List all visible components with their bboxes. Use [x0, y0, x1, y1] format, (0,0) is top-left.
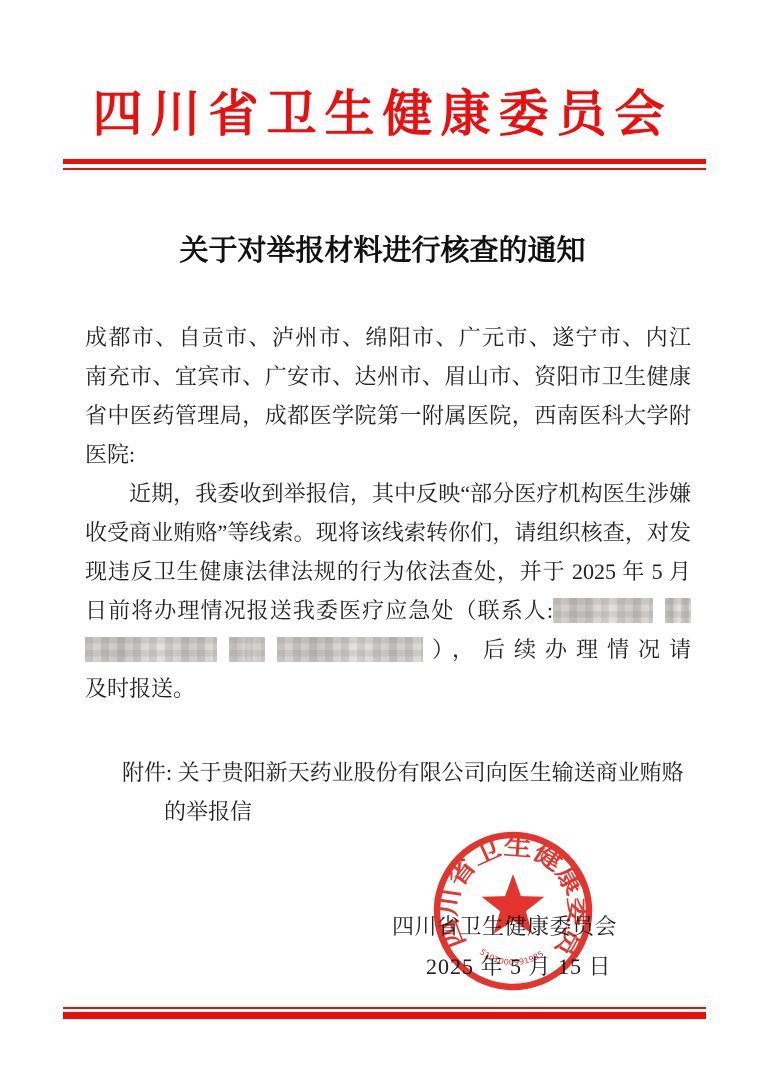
recipient-line: 省中医药管理局，成都医学院第一附属医院，西南医科大学附属	[85, 396, 691, 435]
signature-date: 2025 年 5 月 15 日	[426, 950, 612, 981]
attachment-line-2: 的举报信	[122, 792, 702, 831]
redacted-phone-label	[665, 598, 691, 623]
attachment-block: 附件: 关于贵阳新天药业股份有限公司向医生输送商业贿赂 的举报信	[122, 753, 702, 831]
letterhead-rule-thin	[63, 168, 706, 170]
phone-line-suffix: ），后续办理情况请	[423, 637, 691, 662]
redacted-phone-number-1	[85, 637, 217, 662]
letterhead-rule-thick	[63, 159, 706, 164]
phone-line: ），后续办理情况请	[85, 630, 691, 669]
contact-line-prefix: 日前将办理情况报送我委医疗应急处（联系人:	[85, 598, 553, 623]
paragraph-line: 现违反卫生健康法律法规的行为依法查处，并于 2025 年 5 月 25	[85, 552, 691, 591]
redacted-contact-name	[553, 598, 653, 623]
signature-org-name: 四川省卫生健康委员会	[392, 910, 617, 941]
footer-rule-thin	[63, 1007, 706, 1009]
seal-ring-text: 四川省卫生健康委员会	[436, 833, 590, 963]
footer-rule-thick	[63, 1012, 706, 1019]
recipient-line: 南充市、宜宾市、广安市、达州市、眉山市、资阳市卫生健康委，	[85, 357, 691, 396]
paragraph-line: 近期，我委收到举报信，其中反映“部分医疗机构医生涉嫌	[85, 474, 691, 513]
closing-line: 及时报送。	[85, 669, 691, 708]
document-title: 关于对举报材料进行核查的通知	[0, 228, 765, 269]
attachment-line-1: 附件: 关于贵阳新天药业股份有限公司向医生输送商业贿赂	[122, 753, 702, 792]
redacted-phone-number-2	[229, 637, 265, 662]
document-body: 成都市、自贡市、泸州市、绵阳市、广元市、遂宁市、内江市、 南充市、宜宾市、广安市…	[85, 318, 691, 708]
letterhead-org-name: 四川省卫生健康委员会	[0, 74, 765, 146]
contact-line: 日前将办理情况报送我委医疗应急处（联系人:话:	[85, 591, 691, 630]
paragraph-line: 收受商业贿赂”等线索。现将该线索转你们，请组织核查，对发	[85, 513, 691, 552]
recipient-line: 成都市、自贡市、泸州市、绵阳市、广元市、遂宁市、内江市、	[85, 318, 691, 357]
redacted-phone-number-3	[277, 637, 423, 662]
recipient-line: 医院:	[85, 435, 691, 474]
document-page: 四川省卫生健康委员会 关于对举报材料进行核查的通知 成都市、自贡市、泸州市、绵阳…	[0, 0, 765, 1075]
